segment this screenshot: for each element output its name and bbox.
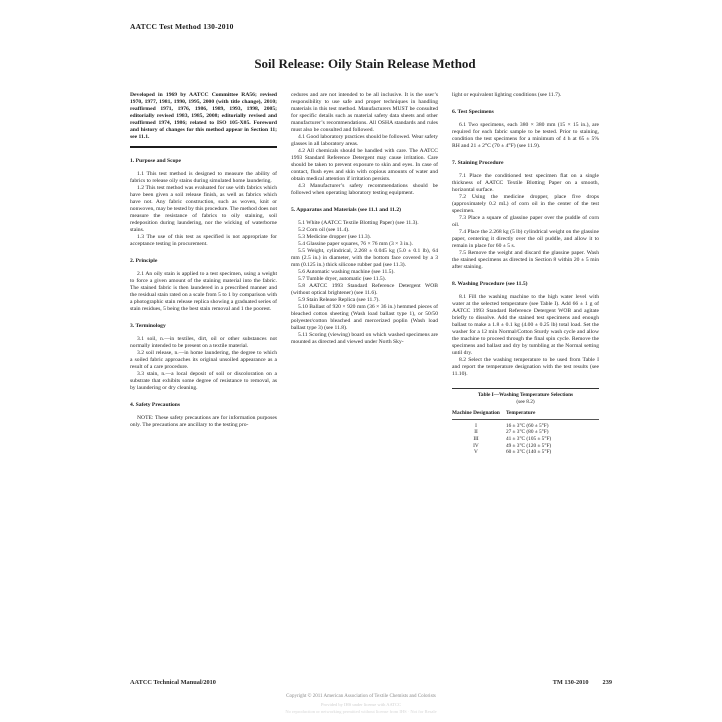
paragraph: 3.2 soil release, n.—in home laundering,… [130,350,277,371]
paragraph: 8.1 Fill the washing machine to the high… [452,294,599,357]
footer-right: TM 130-2010 239 [440,679,612,686]
paragraph: 2.1 An oily stain is applied to a test s… [130,271,277,313]
copyright-line: Copyright © 2011 American Association of… [0,694,722,699]
foreword-divider-rule [130,146,277,148]
paragraph: 7.5 Remove the weight and discard the gl… [452,250,599,271]
paragraph: 5.2 Corn oil (see 11.4). [291,227,438,234]
page-title: Soil Release: Oily Stain Release Method [130,56,600,72]
paragraph: 7.1 Place the conditioned test specimen … [452,173,599,194]
paragraph: 8.2 Select the washing temperature to be… [452,357,599,378]
table-1-header-row: Machine DesignationTemperature [452,410,599,420]
table-cell-designation: I [452,423,500,430]
paragraph: 5.10 Ballast of 920 × 920 mm (36 × 36 in… [291,304,438,332]
column-1: Developed in 1969 by AATCC Committee RA5… [130,92,277,670]
paragraph: 7.2 Using the medicine dropper, place fi… [452,194,599,215]
footer-page-number: 239 [603,679,612,686]
license-stamp-line-1: Provided by IHS under license with AATCC [0,702,722,707]
paragraph: 5.6 Automatic washing machine (see 11.5)… [291,269,438,276]
section-heading: 5. Apparatus and Materials (see 11.1 and… [291,207,438,214]
table-row: V60 ± 3°C (140 ± 5°F) [452,449,599,456]
table-row: III41 ± 3°C (105 ± 5°F) [452,436,599,443]
history-foreword: Developed in 1969 by AATCC Committee RA5… [130,92,277,141]
section-heading: 2. Principle [130,258,277,265]
section-heading: 4. Safety Precautions [130,402,277,409]
table-1-subtitle: (see 8.2) [452,399,599,406]
table-1-title: Table I—Washing Temperature Selections [452,392,599,399]
table-cell-designation: III [452,436,500,443]
section-heading: 7. Staining Procedure [452,160,599,167]
column-3: light or equivalent lighting conditions … [452,92,599,670]
paragraph: 3.3 stain, n.—a local deposit of soil or… [130,371,277,392]
table-1-column-header: Machine Designation [452,410,500,417]
table-cell-temperature: 60 ± 3°C (140 ± 5°F) [500,449,599,456]
paragraph: 5.11 Scoring (viewing) board on which wa… [291,332,438,346]
paragraph: 1.1 This test method is designed to meas… [130,171,277,185]
column-2: cedures and are not intended to be all i… [291,92,438,670]
section-heading: 3. Terminology [130,323,277,330]
footer-doc-code: TM 130-2010 [553,679,589,686]
paragraph: 4.1 Good laboratory practices should be … [291,134,438,148]
doc-header: AATCC Test Method 130-2010 [130,22,234,31]
section-heading: 8. Washing Procedure (see 11.5) [452,281,599,288]
section-heading: 1. Purpose and Scope [130,158,277,165]
section-heading: 6. Test Specimens [452,109,599,116]
footer-manual-title: AATCC Technical Manual/2010 [130,679,216,686]
paragraph: 5.5 Weight, cylindrical, 2.268 ± 0.045 k… [291,248,438,269]
body-columns: Developed in 1969 by AATCC Committee RA5… [130,92,600,670]
document-page: AATCC Test Method 130-2010 Soil Release:… [0,0,722,722]
paragraph: 7.3 Place a square of glassine paper ove… [452,215,599,229]
table-cell-designation: V [452,449,500,456]
paragraph: 1.2 This test method was evaluated for u… [130,185,277,234]
paragraph: 4.3 Manufacturer’s safety recommendation… [291,183,438,197]
paragraph: 7.4 Place the 2.268 kg (5 lb) cylindrica… [452,229,599,250]
paragraph: 1.3 The use of this test as specified is… [130,234,277,248]
paragraph: 5.8 AATCC 1993 Standard Reference Deterg… [291,283,438,297]
table-cell-temperature: 27 ± 3°C (80 ± 5°F) [500,429,599,436]
license-stamp-line-2: No reproduction or networking permitted … [0,709,722,714]
table-1: Table I—Washing Temperature Selections(s… [452,388,599,456]
paragraph: 3.1 soil, n.—in textiles, dirt, oil or o… [130,336,277,350]
paragraph: 5.4 Glassine paper squares, 76 × 76 mm (… [291,241,438,248]
paragraph: 5.3 Medicine dropper (see 11.3). [291,234,438,241]
paragraph: 5.9 Stain Release Replica (see 11.7). [291,297,438,304]
paragraph: 5.7 Tumble dryer, automatic (see 11.5). [291,276,438,283]
paragraph: light or equivalent lighting conditions … [452,92,599,99]
table-row: II27 ± 3°C (80 ± 5°F) [452,429,599,436]
table-cell-temperature: 41 ± 3°C (105 ± 5°F) [500,436,599,443]
table-1-column-header: Temperature [500,410,599,417]
paragraph: 4.2 All chemicals should be handled with… [291,148,438,183]
paragraph: cedures and are not intended to be all i… [291,92,438,134]
paragraph: 5.1 White (AATCC Textile Blotting Paper)… [291,220,438,227]
paragraph: NOTE: These safety precautions are for i… [130,415,277,429]
paragraph: 6.1 Two specimens, each 380 × 380 mm (15… [452,122,599,150]
table-cell-designation: II [452,429,500,436]
table-cell-designation: IV [452,443,500,450]
